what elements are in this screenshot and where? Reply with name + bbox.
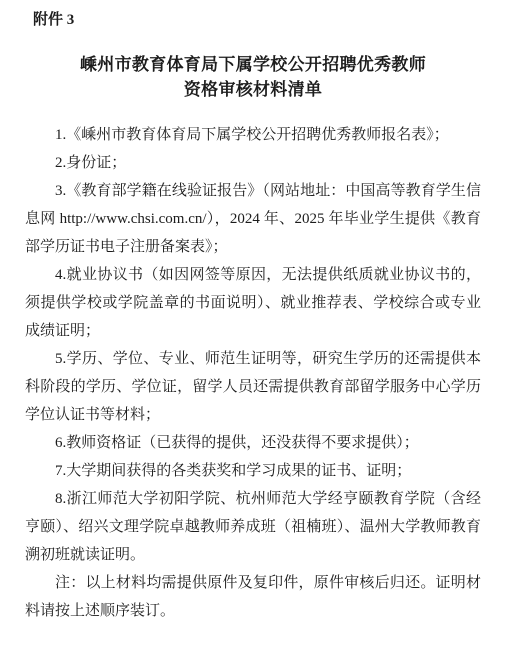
list-item-4: 4.就业协议书（如因网签等原因，无法提供纸质就业协议书的，须提供学校或学院盖章的… xyxy=(25,261,481,345)
document-page: 附件 3 嵊州市教育体育局下属学校公开招聘优秀教师 资格审核材料清单 1.《嵊州… xyxy=(0,0,507,645)
list-item-1: 1.《嵊州市教育体育局下属学校公开招聘优秀教师报名表》； xyxy=(25,121,481,149)
attachment-label: 附件 3 xyxy=(33,10,481,30)
list-item-5: 5.学历、学位、专业、师范生证明等，研究生学历的还需提供本科阶段的学历、学位证，… xyxy=(25,345,481,429)
list-item-7: 7.大学期间获得的各类获奖和学习成果的证书、证明； xyxy=(25,457,481,485)
document-title-line2: 资格审核材料清单 xyxy=(25,77,481,102)
list-item-6: 6.教师资格证（已获得的提供，还没获得不要求提供）； xyxy=(25,429,481,457)
note-paragraph: 注：以上材料均需提供原件及复印件，原件审核后归还。证明材料请按上述顺序装订。 xyxy=(25,569,481,625)
material-list: 1.《嵊州市教育体育局下属学校公开招聘优秀教师报名表》；2.身份证；3.《教育部… xyxy=(25,121,481,625)
list-item-2: 2.身份证； xyxy=(25,149,481,177)
list-item-3: 3.《教育部学籍在线验证报告》（网站地址：中国高等教育学生信息网 http://… xyxy=(25,177,481,261)
list-item-8: 8.浙江师范大学初阳学院、杭州师范大学经亨颐教育学院（含经亨颐）、绍兴文理学院卓… xyxy=(25,485,481,569)
document-title: 嵊州市教育体育局下属学校公开招聘优秀教师 资格审核材料清单 xyxy=(25,52,481,102)
document-title-line1: 嵊州市教育体育局下属学校公开招聘优秀教师 xyxy=(25,52,481,77)
